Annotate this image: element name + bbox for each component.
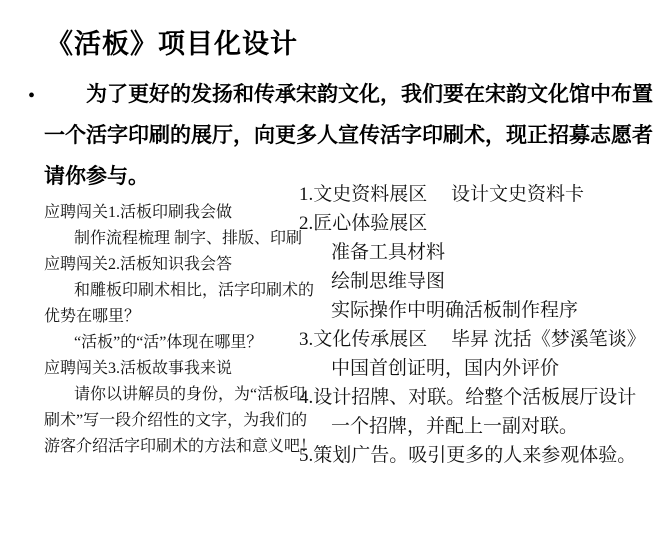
plan-item-1: 1.文史资料展区 设计文史资料卡 bbox=[299, 180, 651, 209]
task-1-heading: 应聘闯关1.活板印刷我会做 bbox=[44, 200, 302, 226]
intro-line: 为了更好的发扬和传承宋韵文化，我们要在宋韵文化馆中布置 bbox=[44, 74, 650, 115]
intro-paragraph: 为了更好的发扬和传承宋韵文化，我们要在宋韵文化馆中布置 一个活字印刷的展厅，向更… bbox=[44, 74, 650, 197]
task-3-heading: 应聘闯关3.活板故事我来说 bbox=[44, 356, 302, 382]
bullet-marker: • bbox=[28, 86, 35, 106]
task-1-detail: 制作流程梳理 制字、排版、印刷 bbox=[44, 226, 302, 252]
plan-item-4-detail: 一个招牌，并配上一副对联。 bbox=[299, 412, 651, 441]
plan-item-2-detail: 绘制思维导图 bbox=[299, 267, 651, 296]
task-3-detail: 请你以讲解员的身份，为“活板印 bbox=[44, 382, 302, 408]
plan-item-3: 3.文化传承展区 毕昇 沈括《梦溪笔谈》 bbox=[299, 325, 651, 354]
task-2-heading: 应聘闯关2.活板知识我会答 bbox=[44, 252, 302, 278]
plan-item-2-detail: 实际操作中明确活板制作程序 bbox=[299, 296, 651, 325]
task-3-detail: 刷术”写一段介绍性的文字，为我们的 bbox=[44, 408, 302, 434]
task-3-detail: 游客介绍活字印刷术的方法和意义吧！ bbox=[44, 434, 302, 460]
task-2-detail: “活板”的“活”体现在哪里？ bbox=[44, 330, 302, 356]
exhibit-plan-column: 1.文史资料展区 设计文史资料卡 2.匠心体验展区 准备工具材料 绘制思维导图 … bbox=[299, 180, 651, 470]
task-2-detail: 优势在哪里？ bbox=[44, 304, 302, 330]
page-title: 《活板》项目化设计 bbox=[46, 22, 298, 61]
slide: 《活板》项目化设计 • 为了更好的发扬和传承宋韵文化，我们要在宋韵文化馆中布置 … bbox=[0, 0, 654, 550]
plan-item-5: 5.策划广告。吸引更多的人来参观体验。 bbox=[299, 441, 651, 470]
plan-item-2: 2.匠心体验展区 bbox=[299, 209, 651, 238]
plan-item-3-detail: 中国首创证明，国内外评价 bbox=[299, 354, 651, 383]
task-2-detail: 和雕板印刷术相比，活字印刷术的 bbox=[44, 278, 302, 304]
recruitment-tasks-column: 应聘闯关1.活板印刷我会做 制作流程梳理 制字、排版、印刷 应聘闯关2.活板知识… bbox=[44, 200, 302, 460]
intro-line: 一个活字印刷的展厅，向更多人宣传活字印刷术，现正招募志愿者， bbox=[44, 115, 650, 156]
plan-item-2-detail: 准备工具材料 bbox=[299, 238, 651, 267]
plan-item-4: 4.设计招牌、对联。给整个活板展厅设计 bbox=[299, 383, 651, 412]
